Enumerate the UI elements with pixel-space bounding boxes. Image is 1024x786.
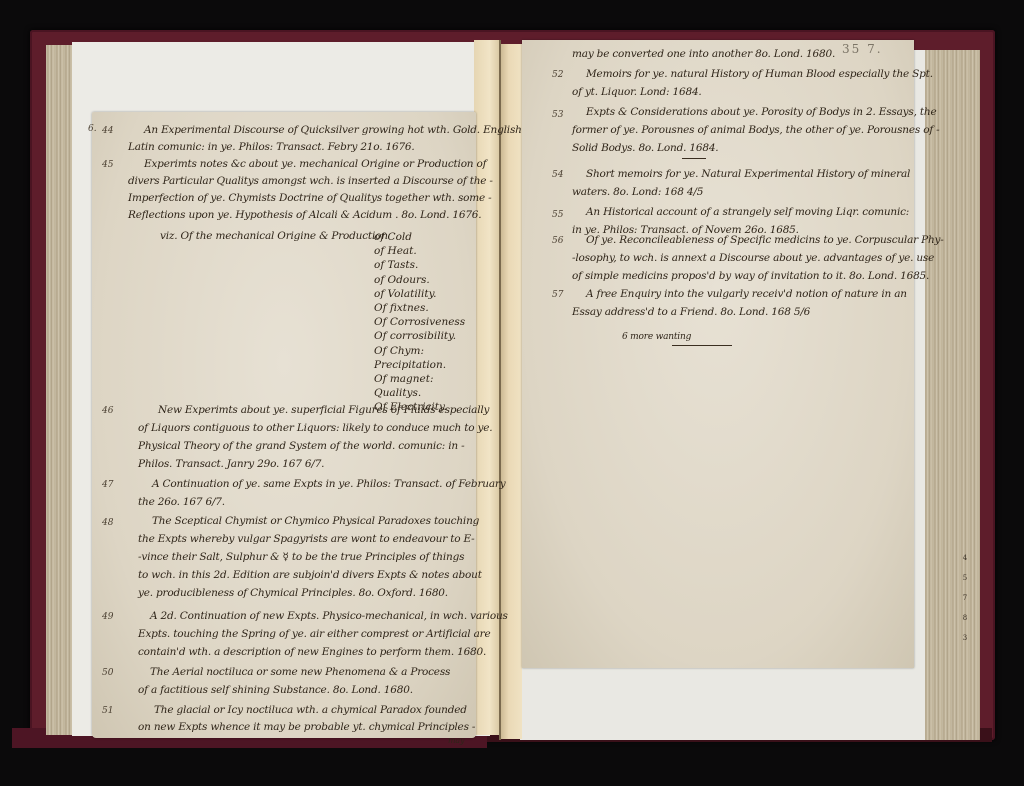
entry-text: waters. 8o. Lond: 168 4/5	[572, 186, 703, 198]
entry-text: Expts. touching the Spring of ye. air ei…	[138, 628, 490, 640]
entry-text: on new Expts whence it may be probable y…	[138, 721, 475, 733]
list-item: of Cold	[374, 230, 476, 244]
manuscript-leaf-right: 35 7. may be converted one into another …	[522, 40, 914, 668]
entry-number: 44	[102, 126, 113, 136]
entry-text: The Sceptical Chymist or Chymico Physica…	[152, 515, 479, 527]
entry-text: Imperfection of ye. Chymists Doctrine of…	[128, 192, 492, 204]
entry-text: The glacial or Icy noctiluca wth. a chym…	[154, 704, 467, 716]
gutter-right	[500, 44, 522, 739]
list-item: of Volatility.	[374, 287, 476, 301]
corner-mark: 6.	[88, 124, 97, 134]
entry-text: the 26o. 167 6/7.	[138, 496, 225, 508]
qualities-list: of Cold of Heat. of Tasts. of Odours. of…	[374, 230, 476, 415]
entry-text: Memoirs for ye. natural History of Human…	[586, 68, 933, 80]
entry-text: The Aerial noctiluca or some new Phenome…	[150, 666, 450, 678]
entry-text: New Experimts about ye. superficial Figu…	[158, 404, 489, 416]
list-item: Of magnet: Qualitys.	[374, 372, 476, 400]
entry-number: 57	[552, 290, 563, 300]
entry-text: Reflections upon ye. Hypothesis of Alcal…	[128, 209, 481, 221]
entry-number: 49	[102, 612, 113, 622]
note-underline	[672, 345, 732, 346]
entry-number: 54	[552, 170, 563, 180]
entry-text: A Continuation of ye. same Expts in ye. …	[152, 478, 505, 490]
entry-number: 50	[102, 668, 113, 678]
catchword: may	[448, 736, 464, 745]
list-item: Of corrosibility.	[374, 329, 476, 343]
entry-text: contain'd wth. a description of new Engi…	[138, 646, 486, 658]
entry-text: of yt. Liquor. Lond: 1684.	[572, 86, 702, 98]
entry-number: 51	[102, 706, 113, 716]
entry-text: A 2d. Continuation of new Expts. Physico…	[150, 610, 508, 622]
entry-number: 48	[102, 518, 113, 528]
entry-text: Solid Bodys. 8o. Lond. 1684.	[572, 142, 718, 154]
entry-text: An Historical account of a strangely sel…	[586, 206, 909, 218]
entry-number: 45	[102, 160, 113, 170]
fore-edge-marks: 4 5 7 8 3	[955, 548, 975, 648]
book-spine-fold	[499, 40, 501, 740]
entry-text: Short memoirs for ye. Natural Experiment…	[586, 168, 910, 180]
entry-text: Experimts notes &c about ye. mechanical …	[144, 158, 486, 170]
entry-number: 47	[102, 480, 113, 490]
entry-number: 46	[102, 406, 113, 416]
list-item: of Heat.	[374, 244, 476, 258]
entry-number: 56	[552, 236, 563, 246]
entry-text: ye. producibleness of Chymical Principle…	[138, 587, 448, 599]
entry-text: Latin comunic: in ye. Philos: Transact. …	[128, 141, 415, 153]
entry-number: 55	[552, 210, 563, 220]
list-item: Of fixtnes.	[374, 301, 476, 315]
entry-text: -losophy, to wch. is annext a Discourse …	[572, 252, 934, 264]
entry-text: Expts & Considerations about ye. Porosit…	[586, 106, 936, 118]
list-item: of Odours.	[374, 273, 476, 287]
note-text: 6 more wanting	[622, 332, 691, 342]
continuation-text: may be converted one into another 8o. Lo…	[572, 48, 835, 60]
entry-text: divers Particular Qualitys amongst wch. …	[128, 175, 493, 187]
entry-text: An Experimental Discourse of Quicksilver…	[144, 124, 534, 136]
entry-text: Of ye. Reconcileableness of Specific med…	[586, 234, 944, 246]
manuscript-leaf-left: 6. 44 An Experimental Discourse of Quick…	[92, 112, 476, 738]
list-item: of Tasts.	[374, 258, 476, 272]
entry-text: A free Enquiry into the vulgarly receiv'…	[586, 288, 907, 300]
underline-flourish	[682, 158, 706, 159]
entry-number: 53	[552, 110, 563, 120]
entry-text: of simple medicins propos'd by way of in…	[572, 270, 929, 282]
entry-text: -vince their Salt, Sulphur & ☿ to be the…	[138, 551, 464, 563]
list-item: Of Chym: Precipitation.	[374, 344, 476, 372]
entry-text: Essay address'd to a Friend. 8o. Lond. 1…	[572, 306, 810, 318]
entry-text: Philos. Transact. Janry 29o. 167 6/7.	[138, 458, 324, 470]
entry-text: to wch. in this 2d. Edition are subjoin'…	[138, 569, 482, 581]
folio-number: 35 7.	[842, 42, 883, 56]
entry-text: of Liquors contiguous to other Liquors: …	[138, 422, 492, 434]
entry-text: the Expts whereby vulgar Spagyrists are …	[138, 533, 474, 545]
entry-text: Physical Theory of the grand System of t…	[138, 440, 464, 452]
entry-text: viz. Of the mechanical Origine & Product…	[160, 230, 388, 242]
entry-text: of a factitious self shining Substance. …	[138, 684, 413, 696]
list-item: Of Corrosiveness	[374, 315, 476, 329]
entry-text: former of ye. Porousnes of animal Bodys,…	[572, 124, 940, 136]
entry-number: 52	[552, 70, 563, 80]
